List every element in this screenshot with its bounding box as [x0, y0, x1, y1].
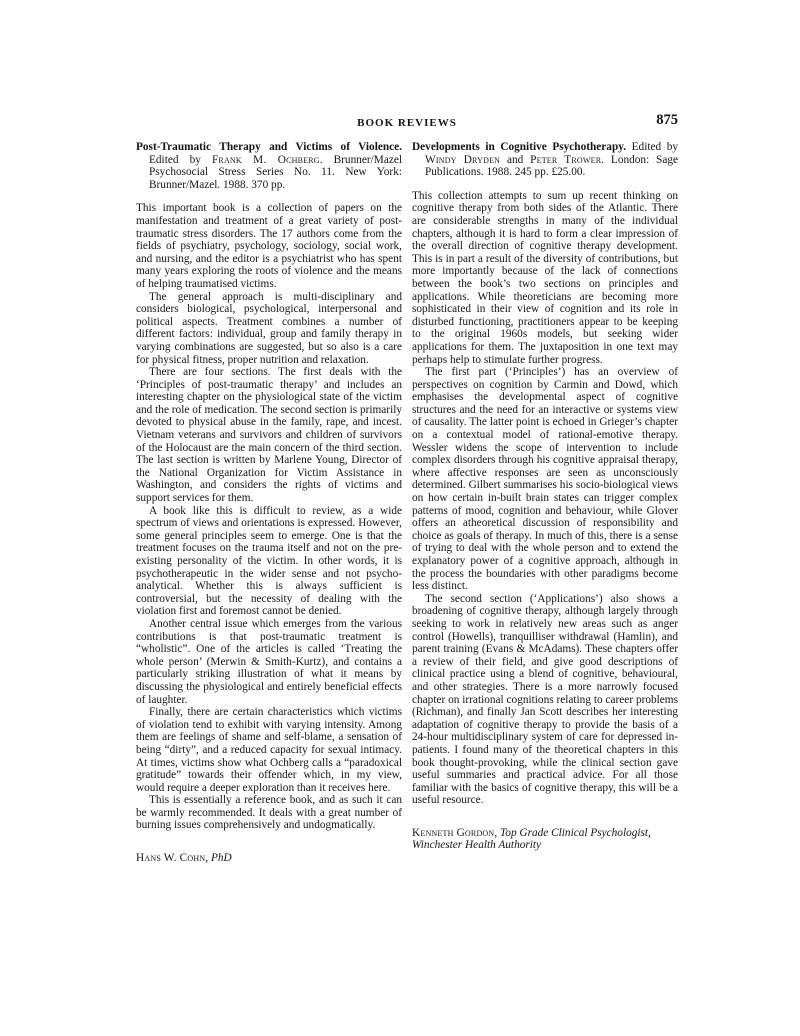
- paragraph: This important book is a collection of p…: [136, 202, 402, 290]
- edited-by-text: Edited by: [626, 141, 678, 153]
- editor-name: Windy Dryden: [425, 154, 500, 166]
- editor-name: Frank M. Ochberg: [212, 154, 320, 166]
- page-content: BOOK REVIEWS 875 Post-Traumatic Therapy …: [136, 116, 678, 876]
- right-column-review: Developments in Cognitive Psychotherapy.…: [412, 141, 678, 876]
- book-title: Post-Traumatic Therapy and Victims of Vi…: [136, 141, 402, 153]
- journal-page: BOOK REVIEWS 875 Post-Traumatic Therapy …: [0, 0, 800, 1036]
- reviewer-signature: Hans W. Cohn, PhD: [136, 852, 402, 865]
- page-number: 875: [656, 113, 678, 127]
- paragraph: Another central issue which emerges from…: [136, 618, 402, 706]
- paragraph: There are four sections. The first deals…: [136, 366, 402, 505]
- book-citation: Developments in Cognitive Psychotherapy.…: [412, 141, 678, 179]
- paragraph: A book like this is difficult to review,…: [136, 505, 402, 618]
- conjunction-text: and: [500, 154, 530, 166]
- paragraph: The general approach is multi-disciplina…: [136, 291, 402, 367]
- section-title: BOOK REVIEWS: [136, 116, 678, 130]
- left-column-review: Post-Traumatic Therapy and Victims of Vi…: [136, 141, 402, 876]
- running-head: BOOK REVIEWS 875: [136, 116, 678, 131]
- paragraph: Finally, there are certain characteristi…: [136, 706, 402, 794]
- reviewer-signature: Kenneth Gordon, Top Grade Clinical Psych…: [412, 827, 678, 852]
- edited-by-text: Edited by: [149, 154, 212, 166]
- paragraph: This is essentially a reference book, an…: [136, 794, 402, 832]
- reviewer-name: Hans W. Cohn: [136, 852, 205, 864]
- paragraph: The first part (‘Principles’) has an ove…: [412, 366, 678, 593]
- two-column-layout: Post-Traumatic Therapy and Victims of Vi…: [136, 141, 678, 876]
- paragraph: The second section (‘Applications’) also…: [412, 593, 678, 807]
- book-citation: Post-Traumatic Therapy and Victims of Vi…: [136, 141, 402, 191]
- paragraph: This collection attempts to sum up recen…: [412, 190, 678, 366]
- editor-name: Peter Trower: [530, 154, 601, 166]
- reviewer-title: PhD: [211, 852, 232, 864]
- book-title: Developments in Cognitive Psychotherapy.: [412, 141, 626, 153]
- reviewer-name: Kenneth Gordon: [412, 827, 494, 839]
